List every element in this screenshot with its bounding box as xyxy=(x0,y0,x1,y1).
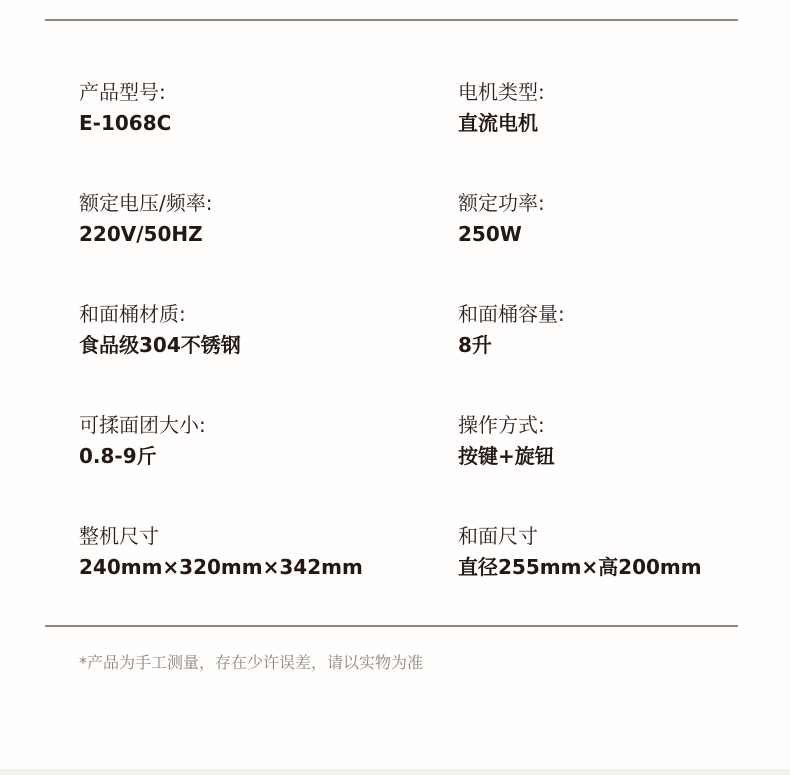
spec-value: 0.8-9斤 xyxy=(79,444,206,468)
spec-label: 和面尺寸 xyxy=(458,524,702,548)
spec-label: 额定功率: xyxy=(458,191,545,215)
spec-label: 和面桶容量: xyxy=(458,302,565,326)
spec-bowl-material: 和面桶材质: 食品级304不锈钢 xyxy=(79,302,241,357)
top-divider xyxy=(45,19,738,21)
spec-label: 电机类型: xyxy=(458,80,545,104)
bottom-divider xyxy=(45,625,738,627)
spec-value: 8升 xyxy=(458,333,565,357)
spec-value: 直流电机 xyxy=(458,111,545,135)
spec-value: 直径255mm×高200mm xyxy=(458,555,702,579)
spec-value: 食品级304不锈钢 xyxy=(79,333,241,357)
spec-operation: 操作方式: 按键+旋钮 xyxy=(458,413,555,468)
spec-bowl-size: 和面尺寸 直径255mm×高200mm xyxy=(458,524,702,579)
spec-model: 产品型号: E-1068C xyxy=(79,80,171,135)
spec-value: 按键+旋钮 xyxy=(458,444,555,468)
spec-dough-size: 可揉面团大小: 0.8-9斤 xyxy=(79,413,206,468)
spec-label: 整机尺寸 xyxy=(79,524,363,548)
spec-power: 额定功率: 250W xyxy=(458,191,545,246)
spec-value: 250W xyxy=(458,222,545,246)
spec-value: 240mm×320mm×342mm xyxy=(79,555,363,579)
spec-voltage: 额定电压/频率: 220V/50HZ xyxy=(79,191,212,246)
spec-label: 和面桶材质: xyxy=(79,302,241,326)
spec-motor-type: 电机类型: 直流电机 xyxy=(458,80,545,135)
spec-label: 额定电压/频率: xyxy=(79,191,212,215)
spec-bowl-capacity: 和面桶容量: 8升 xyxy=(458,302,565,357)
spec-value: 220V/50HZ xyxy=(79,222,212,246)
spec-value: E-1068C xyxy=(79,111,171,135)
spec-label: 可揉面团大小: xyxy=(79,413,206,437)
spec-machine-size: 整机尺寸 240mm×320mm×342mm xyxy=(79,524,363,579)
footer-strip xyxy=(0,769,790,775)
measurement-note: *产品为手工测量，存在少许误差，请以实物为准 xyxy=(79,650,423,673)
spec-label: 产品型号: xyxy=(79,80,171,104)
spec-label: 操作方式: xyxy=(458,413,555,437)
